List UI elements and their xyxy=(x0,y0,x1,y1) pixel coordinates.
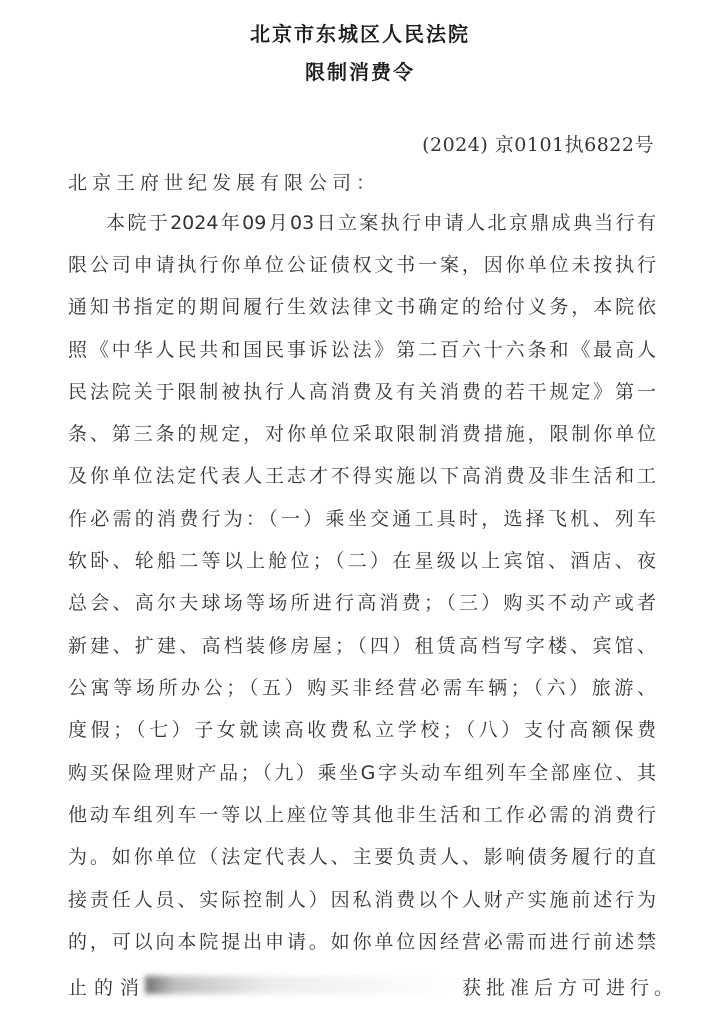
body-line-last-start: 止的消 xyxy=(68,973,146,1000)
court-name-heading: 北京市东城区人民法院 xyxy=(0,18,720,47)
body-line: 接责任人员、实际控制人）因私消费以个人财产实施前述行为 xyxy=(68,888,656,912)
body-line: 民法院关于限制被执行人高消费及有关消费的若干规定》第一 xyxy=(68,380,656,404)
body-line: 软卧、轮船二等以上舱位；（二）在星级以上宾馆、酒店、夜 xyxy=(68,549,656,573)
body-line: 本院于2024年09月03日立案执行申请人北京鼎成典当行有 xyxy=(106,211,656,235)
addressee: 北京王府世纪发展有限公司： xyxy=(68,168,380,195)
body-line: 照《中华人民共和国民事诉讼法》第二百六十六条和《最高人 xyxy=(68,338,656,362)
body-line: 他动车组列车一等以上座位等其他非生活和工作必需的消费行 xyxy=(68,803,656,827)
body-line: 及你单位法定代表人王志才不得实施以下高消费及非生活和工 xyxy=(68,464,656,488)
body-line-last-end: 获批准后方可进行。 xyxy=(462,973,678,1000)
court-order-document: 北京市东城区人民法院 限制消费令 (2024) 京0101执6822号 北京王府… xyxy=(0,0,720,1020)
redacted-blur xyxy=(145,976,450,994)
body-line: 总会、高尔夫球场等场所进行高消费；（三）购买不动产或者 xyxy=(68,591,656,615)
body-line: 购买保险理财产品；（九）乘坐G字头动车组列车全部座位、其 xyxy=(68,761,656,785)
body-line: 作必需的消费行为：（一）乘坐交通工具时，选择飞机、列车 xyxy=(68,507,656,531)
body-line: 新建、扩建、高档装修房屋；（四）租赁高档写字楼、宾馆、 xyxy=(68,634,656,658)
body-line: 为。如你单位（法定代表人、主要负责人、影响债务履行的直 xyxy=(68,845,656,869)
body-line: 的，可以向本院提出申请。如你单位因经营必需而进行前述禁 xyxy=(68,930,656,954)
case-number: (2024) 京0101执6822号 xyxy=(422,130,654,157)
body-line: 公寓等场所办公；（五）购买非经营必需车辆；（六）旅游、 xyxy=(68,676,656,700)
body-line: 度假；（七）子女就读高收费私立学校；（八）支付高额保费 xyxy=(68,718,656,742)
document-type-heading: 限制消费令 xyxy=(0,56,720,85)
body-line: 条、第三条的规定，对你单位采取限制消费措施，限制你单位 xyxy=(68,422,656,446)
body-line: 通知书指定的期间履行生效法律文书确定的给付义务，本院依 xyxy=(68,295,656,319)
body-line: 限公司申请执行你单位公证债权文书一案，因你单位未按执行 xyxy=(68,253,656,277)
